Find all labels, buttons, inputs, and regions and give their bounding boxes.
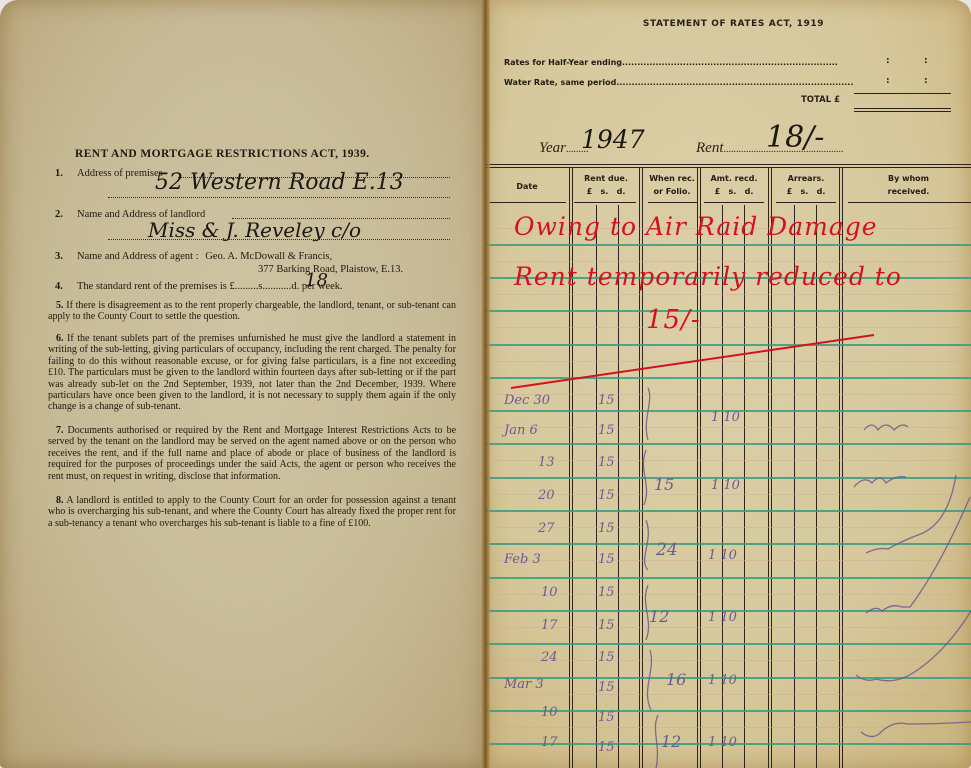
field-number: 2. [55, 209, 77, 220]
dotted-line [108, 196, 450, 198]
act-title: RENT AND MORTGAGE RESTRICTIONS ACT, 1939… [75, 148, 435, 160]
field-number: 4. [55, 281, 77, 292]
pencil-marks [486, 0, 971, 768]
paragraph-text: If there is disagreement as to the rent … [48, 300, 456, 322]
paragraph-number: 8. [56, 495, 64, 506]
left-page: RENT AND MORTGAGE RESTRICTIONS ACT, 1939… [0, 0, 486, 768]
paragraph-5: 5. If there is disagreement as to the re… [48, 300, 456, 323]
field-agent: 3.Name and Address of agent : Geo. A. Mc… [55, 251, 332, 262]
paragraph-number: 5. [56, 300, 64, 311]
agent-address: 377 Barking Road, Plaistow, E.13. [258, 264, 403, 275]
handwritten-standard-rent: 18 [305, 270, 328, 291]
field-standard-rent: 4.The standard rent of the premises is £… [55, 281, 343, 292]
paragraph-8: 8. A landlord is entitled to apply to th… [48, 495, 456, 529]
paragraph-6: 6. If the tenant sublets part of the pre… [48, 333, 456, 413]
paragraph-number: 6. [56, 333, 64, 344]
field-address-premises: 1.Address of premises [55, 168, 163, 179]
handwritten-address: 52 Western Road E.13 [155, 170, 404, 195]
field-number: 1. [55, 168, 77, 179]
field-label: Address of premises [77, 168, 163, 179]
paragraph-number: 7. [56, 425, 64, 436]
book-spine-gutter [482, 0, 490, 768]
field-label: Name and Address of agent : [77, 251, 199, 262]
right-page: STATEMENT OF RATES ACT, 1919 Rates for H… [486, 0, 971, 768]
paragraph-text: Documents authorised or required by the … [48, 425, 456, 482]
field-number: 3. [55, 251, 77, 262]
paragraph-text: A landlord is entitled to apply to the C… [48, 495, 456, 529]
field-label: The standard rent of the premises is £ [77, 281, 235, 292]
paragraph-text: If the tenant sublets part of the premis… [48, 333, 456, 412]
paragraph-7: 7. Documents authorised or required by t… [48, 425, 456, 482]
agent-name: Geo. A. McDowall & Francis, [205, 251, 332, 262]
dotted-line [108, 238, 450, 240]
